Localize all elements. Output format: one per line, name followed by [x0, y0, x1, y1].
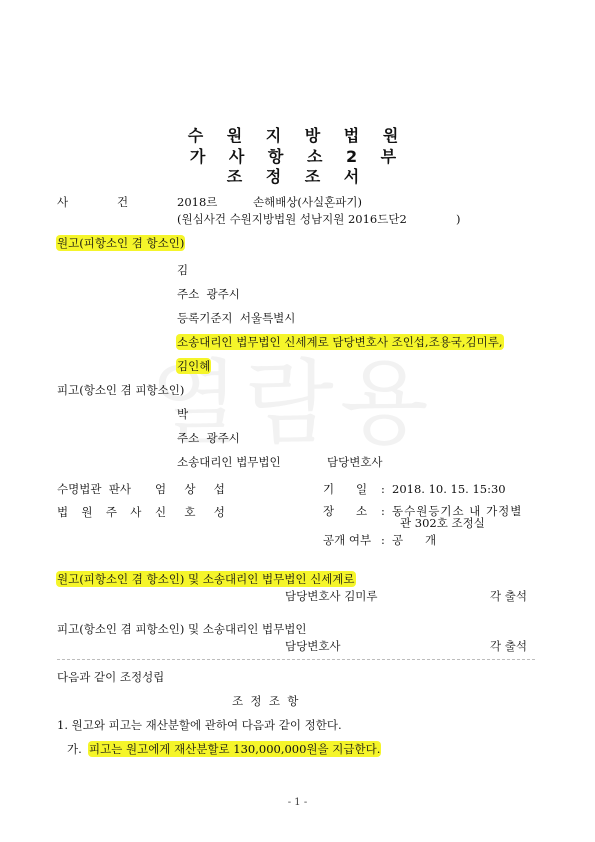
place-value-2: 관 302호 조정실 — [400, 518, 485, 530]
mediation-item-1a-prefix: 가. — [67, 744, 82, 756]
mediation-section-title: 조 정 조 항 — [232, 696, 298, 708]
plaintiff-name: 김 — [177, 265, 188, 277]
mediation-intro: 다음과 같이 조정성립 — [57, 672, 164, 684]
attendance-plaintiff-status: 각 출석 — [490, 591, 527, 603]
attendance-defendant-party: 피고(항소인 겸 피항소인) 및 소송대리인 법무법인 — [57, 624, 306, 636]
plaintiff-counsel-line1: 소송대리인 법무법인 신세계로 담당변호사 조인섭,조용국,김미루, — [176, 334, 504, 350]
plaintiff-address: 주소 광주시 — [177, 289, 240, 301]
mediation-item-1: 1. 원고와 피고는 재산분할에 관하여 다음과 같이 정한다. — [57, 720, 342, 732]
section-divider — [57, 659, 535, 660]
attendance-defendant-attorney: 담당변호사 — [285, 641, 341, 653]
case-name: 손해배상(사실혼파기) — [253, 197, 362, 209]
plaintiff-role: 원고(피항소인 겸 항소인) — [56, 235, 185, 251]
defendant-name: 박 — [177, 409, 188, 421]
defendant-counsel-attorney: 담당변호사 — [327, 457, 383, 469]
page-number: - 1 - — [0, 797, 595, 808]
case-label-2: 건 — [117, 197, 128, 209]
attendance-plaintiff-party: 원고(피항소인 겸 항소인) 및 소송대리인 법무법인 신세계로 — [56, 571, 356, 587]
date-value: 2018. 10. 15. 15:30 — [392, 484, 506, 496]
defendant-role: 피고(항소인 겸 피항소인) — [57, 385, 184, 397]
judge-title: 수명법관 판사 — [57, 484, 131, 496]
clerk-title: 법 원 주 사 — [57, 507, 143, 519]
case-number: 2018르 — [177, 197, 217, 209]
clerk-name: 신 호 성 — [155, 507, 225, 519]
original-case-close: ) — [456, 214, 461, 226]
original-case: (원심사건 수원지방법원 성남지원 2016드단2 — [177, 214, 407, 226]
plaintiff-registry: 등록기준지 서울특별시 — [177, 313, 295, 325]
defendant-counsel: 소송대리인 법무법인 — [177, 457, 281, 469]
attendance-defendant-status: 각 출석 — [490, 641, 527, 653]
public-value: 공 개 — [392, 535, 436, 547]
court-name: 수 원 지 방 법 원 — [0, 128, 595, 144]
public-label: 공개 여부 — [323, 535, 371, 547]
judge-name: 엄 상 섭 — [155, 484, 225, 496]
date-label: 기 일 — [323, 484, 367, 496]
place-label: 장 소 — [323, 506, 367, 518]
defendant-address: 주소 광주시 — [177, 433, 240, 445]
date-colon: : — [381, 484, 385, 496]
plaintiff-counsel-line2: 김인혜 — [176, 358, 211, 374]
case-label-1: 사 — [57, 197, 68, 209]
document-title: 조 정 조 서 — [0, 169, 595, 185]
mediation-item-1a: 피고는 원고에게 재산분할로 130,000,000원을 지급한다. — [88, 741, 381, 757]
division-name: 가 사 항 소 2 부 — [0, 149, 595, 165]
public-colon: : — [381, 535, 385, 547]
place-colon: : — [381, 506, 385, 518]
attendance-plaintiff-attorney: 담당변호사 김미루 — [285, 591, 378, 603]
